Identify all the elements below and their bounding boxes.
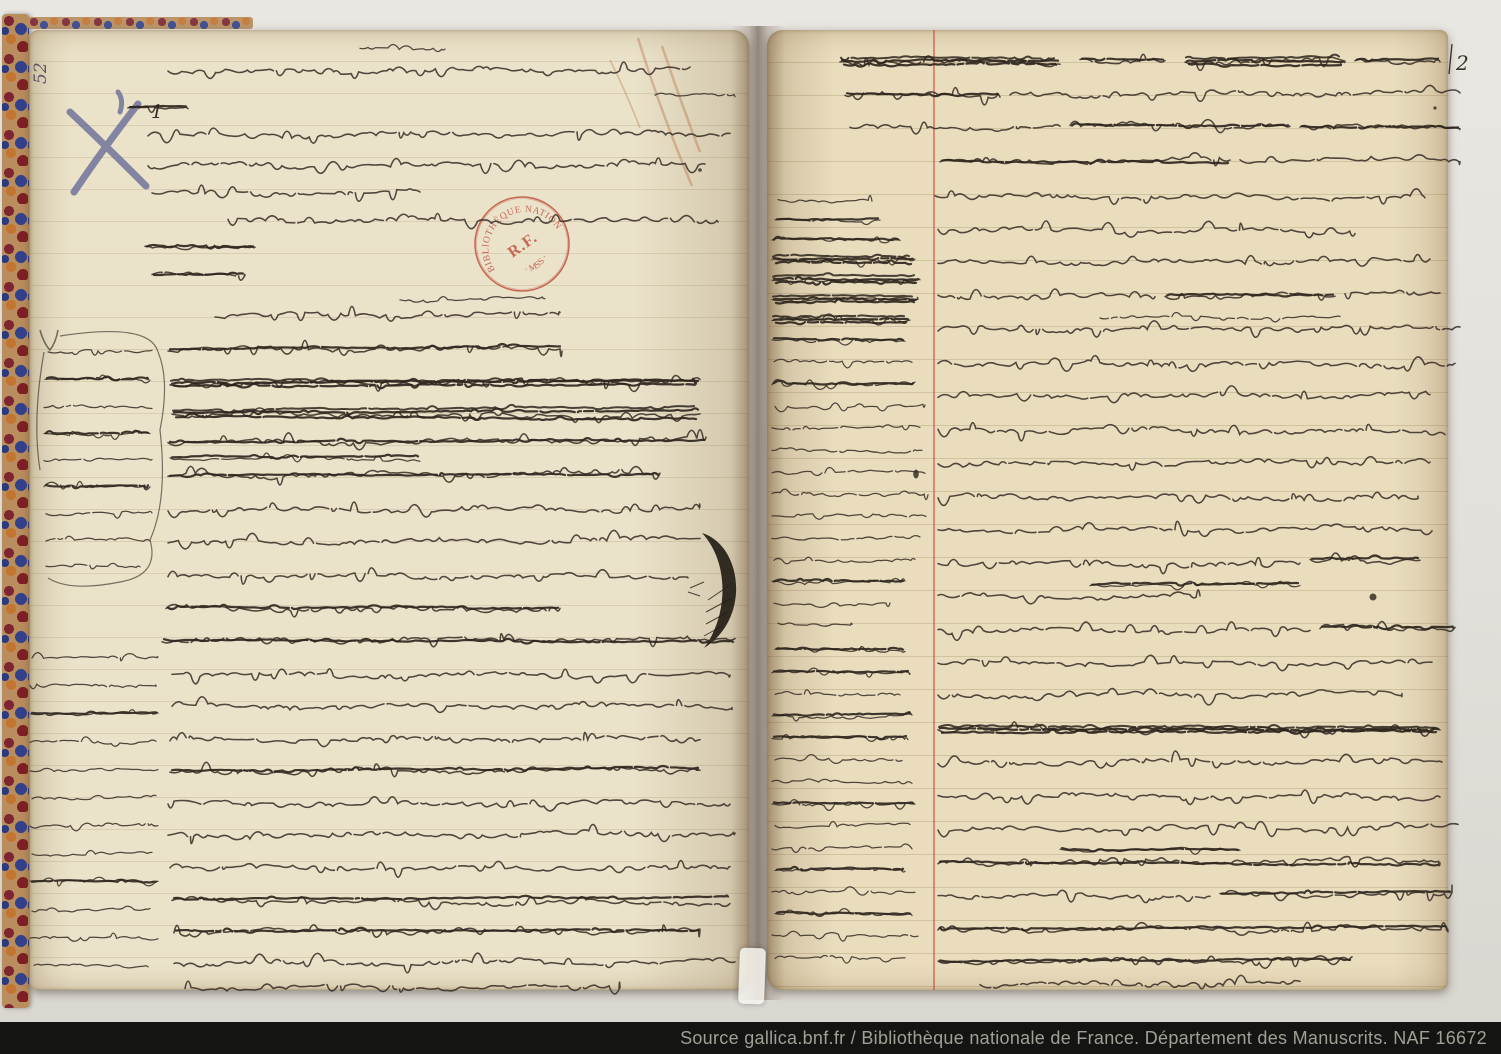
source-attribution-text: Source gallica.bnf.fr / Bibliothèque nat…: [680, 1028, 1487, 1048]
margin-rule-line: [933, 30, 935, 990]
right-page-number-tick: [1449, 44, 1452, 74]
marbled-binding-edge: [2, 14, 29, 1008]
right-page-number: 2: [1455, 51, 1469, 75]
page-holder-clip: [738, 948, 766, 1005]
scan-background: 52 1 2 BIBLIOTHÈQUE NATIONALE · MSS · R.…: [0, 0, 1501, 1022]
marbled-binding-edge-top: [28, 17, 253, 29]
left-manuscript-page: [30, 30, 749, 990]
manuscript-scan-viewer: 52 1 2 BIBLIOTHÈQUE NATIONALE · MSS · R.…: [0, 0, 1501, 1054]
source-attribution-bar: Source gallica.bnf.fr / Bibliothèque nat…: [0, 1022, 1501, 1054]
right-manuscript-page: [767, 30, 1448, 990]
